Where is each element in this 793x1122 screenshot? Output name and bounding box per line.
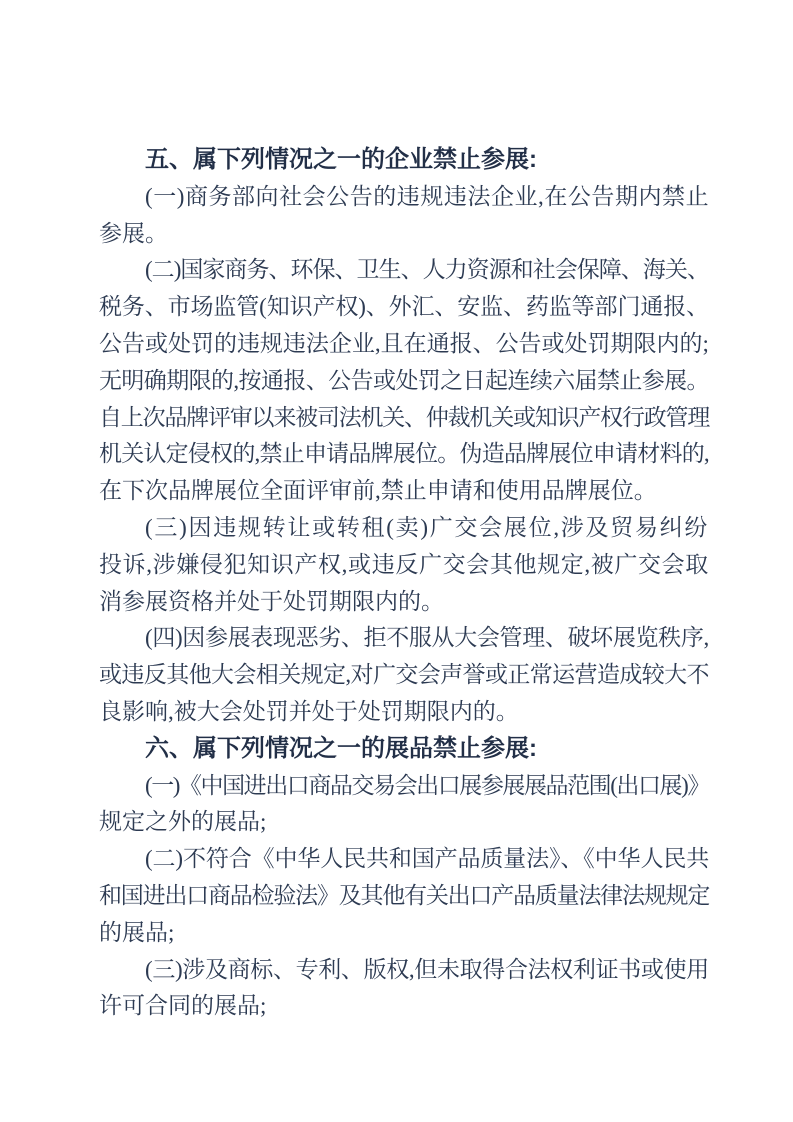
text-line: (四)因参展表现恶劣、拒不服从大会管理、破坏展览秩序, — [99, 620, 709, 657]
text-line: 税务、市场监管(知识产权)、外汇、安监、药监等部门通报、 — [99, 289, 709, 326]
text-line: (一)商务部向社会公告的违规违法企业,在公告期内禁止 — [99, 179, 709, 216]
text-line: 无明确期限的,按通报、公告或处罚之日起连续六届禁止参展。 — [99, 363, 709, 400]
line-text: (一)商务部向社会公告的违规违法企业,在公告期内禁止 — [145, 179, 709, 216]
line-text: 参展。 — [99, 216, 168, 253]
line-text: 在下次品牌展位全面评审前,禁止申请和使用品牌展位。 — [99, 473, 657, 510]
line-text: 或违反其他大会相关规定,对广交会声誉或正常运营造成较大不 — [99, 657, 709, 694]
document-body: 五、属下列情况之一的企业禁止参展:(一)商务部向社会公告的违规违法企业,在公告期… — [99, 142, 709, 1025]
text-line: 和国进出口商品检验法》及其他有关出口产品质量法律法规规定 — [99, 878, 709, 915]
line-text: 的展品; — [99, 915, 174, 952]
text-line: 投诉,涉嫌侵犯知识产权,或违反广交会其他规定,被广交会取 — [99, 547, 709, 584]
section-heading: 六、属下列情况之一的展品禁止参展: — [99, 731, 709, 768]
line-text: (二)不符合《中华人民共和国产品质量法》、《中华人民共 — [145, 841, 709, 878]
line-text: 许可合同的展品; — [99, 988, 266, 1025]
line-text: 六、属下列情况之一的展品禁止参展: — [145, 731, 537, 768]
text-line: (一)《中国进出口商品交易会出口展参展展品范围(出口展)》 — [99, 768, 709, 805]
document-page: 五、属下列情况之一的企业禁止参展:(一)商务部向社会公告的违规违法企业,在公告期… — [0, 0, 793, 1122]
text-line: 或违反其他大会相关规定,对广交会声誉或正常运营造成较大不 — [99, 657, 709, 694]
text-line: (三)因违规转让或转租(卖)广交会展位,涉及贸易纠纷 — [99, 510, 709, 547]
line-text: 自上次品牌评审以来被司法机关、仲裁机关或知识产权行政管理 — [99, 400, 709, 437]
text-line: 自上次品牌评审以来被司法机关、仲裁机关或知识产权行政管理 — [99, 400, 709, 437]
line-text: 公告或处罚的违规违法企业,且在通报、公告或处罚期限内的; — [99, 326, 709, 363]
line-text: (三)涉及商标、专利、版权,但未取得合法权利证书或使用 — [145, 952, 709, 989]
text-line: 公告或处罚的违规违法企业,且在通报、公告或处罚期限内的; — [99, 326, 709, 363]
line-text: 五、属下列情况之一的企业禁止参展: — [145, 142, 537, 179]
text-line: 消参展资格并处于处罚期限内的。 — [99, 584, 709, 621]
text-line: 规定之外的展品; — [99, 804, 709, 841]
text-line: 的展品; — [99, 915, 709, 952]
line-text: 消参展资格并处于处罚期限内的。 — [99, 584, 444, 621]
text-line: 机关认定侵权的,禁止申请品牌展位。伪造品牌展位申请材料的, — [99, 436, 709, 473]
text-line: 参展。 — [99, 216, 709, 253]
text-line: (二)国家商务、环保、卫生、人力资源和社会保障、海关、 — [99, 252, 709, 289]
line-text: (四)因参展表现恶劣、拒不服从大会管理、破坏展览秩序, — [145, 620, 709, 657]
text-line: 许可合同的展品; — [99, 988, 709, 1025]
text-line: 良影响,被大会处罚并处于处罚期限内的。 — [99, 694, 709, 731]
text-line: (二)不符合《中华人民共和国产品质量法》、《中华人民共 — [99, 841, 709, 878]
line-text: (二)国家商务、环保、卫生、人力资源和社会保障、海关、 — [145, 252, 709, 289]
line-text: (一)《中国进出口商品交易会出口展参展展品范围(出口展)》 — [145, 768, 709, 805]
line-text: 良影响,被大会处罚并处于处罚期限内的。 — [99, 694, 519, 731]
line-text: 投诉,涉嫌侵犯知识产权,或违反广交会其他规定,被广交会取 — [99, 547, 709, 584]
line-text: 无明确期限的,按通报、公告或处罚之日起连续六届禁止参展。 — [99, 363, 709, 400]
text-line: 在下次品牌展位全面评审前,禁止申请和使用品牌展位。 — [99, 473, 709, 510]
line-text: 规定之外的展品; — [99, 804, 266, 841]
line-text: 和国进出口商品检验法》及其他有关出口产品质量法律法规规定 — [99, 878, 709, 915]
text-line: (三)涉及商标、专利、版权,但未取得合法权利证书或使用 — [99, 952, 709, 989]
section-heading: 五、属下列情况之一的企业禁止参展: — [99, 142, 709, 179]
line-text: 机关认定侵权的,禁止申请品牌展位。伪造品牌展位申请材料的, — [99, 436, 709, 473]
line-text: 税务、市场监管(知识产权)、外汇、安监、药监等部门通报、 — [99, 289, 709, 326]
line-text: (三)因违规转让或转租(卖)广交会展位,涉及贸易纠纷 — [145, 510, 709, 547]
